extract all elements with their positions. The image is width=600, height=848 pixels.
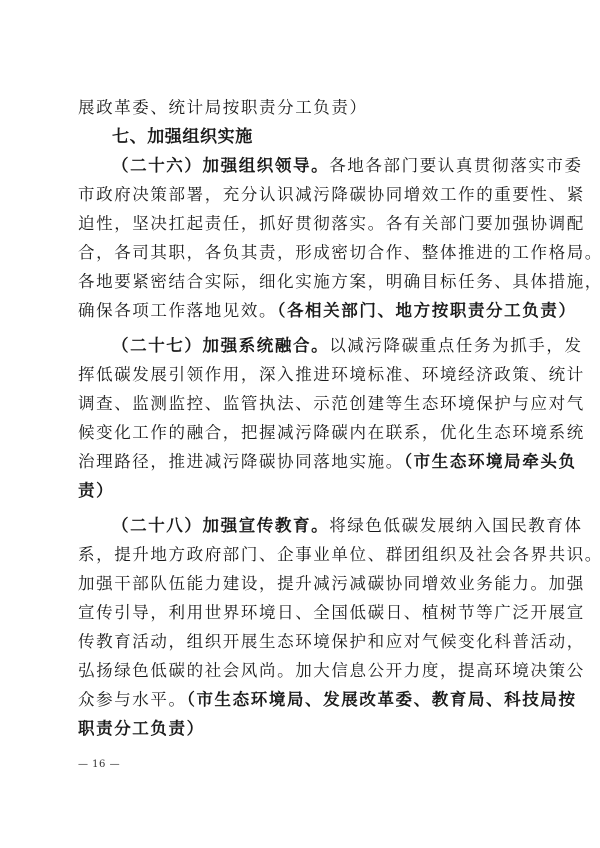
section-heading: 七、加强组织实施 (112, 125, 526, 149)
paragraph-line: 职责分工负责） (78, 717, 526, 741)
paragraph-line: （二十八）加强宣传教育。将绿色低碳发展纳入国民教育体 (112, 514, 526, 538)
line-text: 弘扬绿色低碳的社会风尚。加大信息公开力度，提高环境决策公 (78, 661, 585, 680)
line-text: 展政革委、统计局按职责分工负责） (78, 98, 368, 117)
line-text: 众参与水平。 (78, 690, 187, 709)
line-text: 传教育活动，组织开展生态环境保护和应对气候变化科普活动， (78, 632, 585, 651)
paragraph-line: 众参与水平。（市生态环境局、发展改革委、教育局、科技局按 (78, 688, 526, 712)
paragraph-line: 市政府决策部署，充分认识减污降碳协同增效工作的重要性、紧 (78, 183, 526, 207)
responsibility-note: 职责分工负责） (78, 719, 205, 738)
line-text: 市政府决策部署，充分认识减污降碳协同增效工作的重要性、紧 (78, 185, 585, 204)
item-lead: （二十八）加强宣传教育。 (112, 516, 329, 535)
line-text: 将绿色低碳发展纳入国民教育体 (329, 516, 582, 535)
line-text: 以减污降碳重点任务为抓手，发 (329, 336, 582, 355)
item-lead: （二十七）加强系统融合。 (112, 336, 329, 355)
line-text: 调查、监测监控、监管执法、示范创建等生态环境保护与应对气 (78, 394, 585, 413)
paragraph-line: 系，提升地方政府部门、企事业单位、群团组织及社会各界共识。 (78, 543, 526, 567)
document-page: 展政革委、统计局按职责分工负责） 七、加强组织实施 （二十六）加强组织领导。各地… (0, 0, 600, 848)
responsibility-note: （市生态环境局、发展改革委、教育局、科技局按 (187, 690, 577, 709)
paragraph-line: （二十六）加强组织领导。各地各部门要认真贯彻落实市委 (112, 154, 526, 178)
paragraph-line: 挥低碳发展引领作用，深入推进环境标准、环境经济政策、统计 (78, 363, 526, 387)
responsibility-note: 责） (78, 481, 114, 500)
paragraph-line: 宣传引导，利用世界环境日、全国低碳日、植树节等广泛开展宣 (78, 601, 526, 625)
line-text: 加强干部队伍能力建设，提升减污减碳协同增效业务能力。加强 (78, 574, 585, 593)
line-text: 确保各项工作落地见效。 (78, 301, 277, 320)
line-text: 宣传引导，利用世界环境日、全国低碳日、植树节等广泛开展宣 (78, 603, 585, 622)
paragraph-line: 各地要紧密结合实际，细化实施方案，明确目标任务、具体措施， (78, 270, 526, 294)
heading-text: 七、加强组织实施 (112, 127, 253, 147)
item-lead: （二十六）加强组织领导。 (112, 156, 329, 175)
line-text: 迫性，坚决扛起责任，抓好贯彻落实。各有关部门要加强协调配 (78, 214, 585, 233)
paragraph-line: 确保各项工作落地见效。（各相关部门、地方按职责分工负责） (78, 299, 526, 323)
paragraph-line: 候变化工作的融合，把握减污降碳内在联系，优化生态环境系统 (78, 421, 526, 445)
responsibility-note: （市生态环境局牵头负 (404, 452, 577, 471)
paragraph-line: 责） (78, 479, 526, 503)
line-text: 挥低碳发展引领作用，深入推进环境标准、环境经济政策、统计 (78, 365, 585, 384)
paragraph-line: 调查、监测监控、监管执法、示范创建等生态环境保护与应对气 (78, 392, 526, 416)
line-text: 候变化工作的融合，把握减污降碳内在联系，优化生态环境系统 (78, 423, 585, 442)
paragraph-line: 传教育活动，组织开展生态环境保护和应对气候变化科普活动， (78, 630, 526, 654)
line-text: 合，各司其职，各负其责，形成密切合作、整体推进的工作格局。 (78, 243, 600, 262)
paragraph-line: 迫性，坚决扛起责任，抓好贯彻落实。各有关部门要加强协调配 (78, 212, 526, 236)
line-text: 系，提升地方政府部门、企事业单位、群团组织及社会各界共识。 (78, 545, 600, 564)
paragraph-line: 弘扬绿色低碳的社会风尚。加大信息公开力度，提高环境决策公 (78, 659, 526, 683)
page-number: — 16 — (78, 758, 120, 772)
paragraph-line: 合，各司其职，各负其责，形成密切合作、整体推进的工作格局。 (78, 241, 526, 265)
paragraph-line: 治理路径，推进减污降碳协同落地实施。（市生态环境局牵头负 (78, 450, 526, 474)
paragraph-line: 展政革委、统计局按职责分工负责） (78, 96, 526, 120)
line-text: 各地各部门要认真贯彻落实市委 (329, 156, 582, 175)
line-text: 治理路径，推进减污降碳协同落地实施。 (78, 452, 404, 471)
paragraph-line: 加强干部队伍能力建设，提升减污减碳协同增效业务能力。加强 (78, 572, 526, 596)
responsibility-note: （各相关部门、地方按职责分工负责） (277, 301, 576, 320)
paragraph-line: （二十七）加强系统融合。以减污降碳重点任务为抓手，发 (112, 334, 526, 358)
line-text: 各地要紧密结合实际，细化实施方案，明确目标任务、具体措施， (78, 272, 600, 291)
